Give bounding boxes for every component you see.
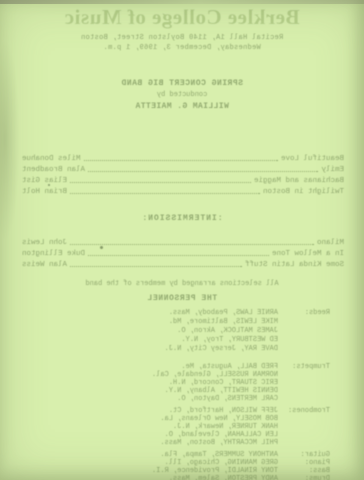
personnel-name-line: CARL MERTENS, Dayton, O. bbox=[8, 395, 278, 403]
personnel-section-label: Trumpets: bbox=[278, 363, 330, 371]
personnel-block: Trombones:JEFF WILSON, Hartford, Ct.BOB … bbox=[8, 407, 330, 447]
personnel-name-lines: ANDY PRESTON, Salem, Mass. bbox=[8, 475, 278, 480]
personnel-heading: THE PERSONNEL bbox=[0, 294, 364, 303]
conducted-by-line: conducted by bbox=[0, 91, 364, 99]
program-credit: Alan Broadbent bbox=[22, 166, 85, 174]
date-line: Wednesday, December 3, 1969, 1 p.m. bbox=[0, 43, 364, 53]
personnel-name-line: ARNIE LAWS, Peabody, Mass. bbox=[8, 309, 278, 318]
personnel-name-line: ED WESTBURY, Troy, N.Y. bbox=[8, 336, 278, 345]
arrangement-note: All selections arranged by members of th… bbox=[0, 280, 364, 288]
dotted-leader bbox=[70, 182, 251, 183]
program-piece-title: Beautiful Love bbox=[281, 155, 344, 163]
dotted-leader bbox=[88, 171, 318, 172]
ink-speck bbox=[100, 246, 103, 249]
personnel-name-lines: FRED BALL, Augusta, Me.NORMAN RUSSELL, G… bbox=[8, 363, 278, 403]
personnel-name-lines: JEFF WILSON, Hartford, Ct.BOB MOSELY, Ne… bbox=[8, 407, 278, 447]
personnel-name-line: BOB MOSELY, New Orleans, La. bbox=[8, 415, 278, 423]
scan-top-edge bbox=[0, 0, 364, 4]
dotted-leader bbox=[84, 160, 278, 161]
program-list-part2: MilanoJohn LewisIn a Mellow ToneDuke Ell… bbox=[22, 236, 344, 269]
program-list-part1: Beautiful LoveMiles DonahueEmilyAlan Bro… bbox=[22, 152, 344, 196]
personnel-name-line: ANTHONY SUMMERS, Tampa, Fla. bbox=[8, 451, 278, 459]
personnel-name-line: DAVE RAY, Jersey City, N.J. bbox=[8, 345, 278, 354]
personnel-block: Drums:ANDY PRESTON, Salem, Mass. bbox=[8, 475, 330, 480]
program-piece-title: In a Mellow Tone bbox=[272, 250, 344, 258]
scan-smudge bbox=[0, 40, 20, 240]
address-line: Recital Hall 1A, 1140 Boylston Street, B… bbox=[0, 33, 364, 43]
program-piece-title: Bachianas and Maggie bbox=[254, 177, 344, 185]
personnel-block: Trumpets:FRED BALL, Augusta, Me.NORMAN R… bbox=[8, 363, 330, 403]
mirrored-bleedthrough-content: Berklee College of Music Recital Hall 1A… bbox=[0, 0, 364, 480]
program-piece-title: Some Kinda Latin Stuff bbox=[245, 261, 344, 269]
personnel-section-label: Drums: bbox=[278, 475, 330, 480]
program-piece-title: Twilight in Boston bbox=[263, 188, 344, 196]
dotted-leader bbox=[88, 255, 269, 256]
program-piece-title: Milano bbox=[317, 239, 344, 247]
program-credit: John Lewis bbox=[22, 239, 67, 247]
personnel-name-lines: ARNIE LAWS, Peabody, Mass.MIKE LEWIS, Ba… bbox=[8, 309, 278, 354]
scanned-program-page: Berklee College of Music Recital Hall 1A… bbox=[0, 0, 364, 480]
personnel-name-line: NORMAN RUSSELL, Glendale, Cal. bbox=[8, 371, 278, 379]
personnel-name-line: DENNIS HEWITT, Albany, N.Y. bbox=[8, 387, 278, 395]
program-row: Twilight in BostonBrian Holt bbox=[22, 185, 344, 196]
personnel-name-line: JEFF WILSON, Hartford, Ct. bbox=[8, 407, 278, 415]
program-piece-title: Emily bbox=[321, 166, 344, 174]
personnel-name-lines: ANTHONY SUMMERS, Tampa, Fla. bbox=[8, 451, 278, 459]
dotted-leader bbox=[70, 266, 242, 267]
personnel-section-label: Reeds: bbox=[278, 309, 330, 318]
program-row: EmilyAlan Broadbent bbox=[22, 163, 344, 174]
personnel-name-line: LEN CALLAHAN, Cleveland, O. bbox=[8, 431, 278, 439]
dotted-leader bbox=[70, 193, 260, 194]
personnel-section: Reeds:ARNIE LAWS, Peabody, Mass.MIKE LEW… bbox=[8, 309, 330, 480]
program-credit: Brian Holt bbox=[22, 188, 67, 196]
personnel-name-line: PHIL MCCARTHY, Boston, Mass. bbox=[8, 439, 278, 447]
ink-speck bbox=[48, 184, 50, 186]
college-logo-text: Berklee College of Music bbox=[0, 5, 364, 30]
concert-title: SPRING CONCERT BIG BAND bbox=[0, 79, 364, 88]
personnel-name-line: ERIC STUART, Concord, N.H. bbox=[8, 379, 278, 387]
program-row: Bachianas and MaggieElias Gist bbox=[22, 174, 344, 185]
personnel-name-line: TONY RINALDI, Providence, R.I. bbox=[8, 467, 278, 475]
program-credit: Elias Gist bbox=[22, 177, 67, 185]
program-row: Some Kinda Latin StuffAlan Weiss bbox=[22, 258, 344, 269]
program-credit: Alan Weiss bbox=[22, 261, 67, 269]
personnel-name-line: GREG MANNING, Chicago, Ill. bbox=[8, 459, 278, 467]
personnel-name-lines: TONY RINALDI, Providence, R.I. bbox=[8, 467, 278, 475]
program-credit: Duke Ellington bbox=[22, 250, 85, 258]
personnel-block: Reeds:ARNIE LAWS, Peabody, Mass.MIKE LEW… bbox=[8, 309, 330, 354]
personnel-name-line: MIKE LEWIS, Baltimore, Md. bbox=[8, 318, 278, 327]
personnel-block: Bass:TONY RINALDI, Providence, R.I. bbox=[8, 467, 330, 475]
program-row: In a Mellow ToneDuke Ellington bbox=[22, 247, 344, 258]
personnel-name-line: FRED BALL, Augusta, Me. bbox=[8, 363, 278, 371]
personnel-name-line: ANDY PRESTON, Salem, Mass. bbox=[8, 475, 278, 480]
personnel-section-label: Bass: bbox=[278, 467, 330, 475]
personnel-name-line: HANK TURNER, Newark, N.J. bbox=[8, 423, 278, 431]
personnel-name-line: JAMES MATLOCK, Akron, O. bbox=[8, 327, 278, 336]
personnel-section-label: Trombones: bbox=[278, 407, 330, 415]
program-row: Beautiful LoveMiles Donahue bbox=[22, 152, 344, 163]
intermission-label: :INTERMISSION: bbox=[0, 214, 364, 223]
personnel-section-label: Piano: bbox=[278, 459, 330, 467]
personnel-name-lines: GREG MANNING, Chicago, Ill. bbox=[8, 459, 278, 467]
program-credit: Miles Donahue bbox=[22, 155, 81, 163]
personnel-block: Piano:GREG MANNING, Chicago, Ill. bbox=[8, 459, 330, 467]
program-row: MilanoJohn Lewis bbox=[22, 236, 344, 247]
personnel-section-label: Guitar: bbox=[278, 451, 330, 459]
conductor-name: WILLIAM G. MAIETTA bbox=[0, 102, 364, 111]
dotted-leader bbox=[70, 244, 314, 245]
personnel-block: Guitar:ANTHONY SUMMERS, Tampa, Fla. bbox=[8, 451, 330, 459]
